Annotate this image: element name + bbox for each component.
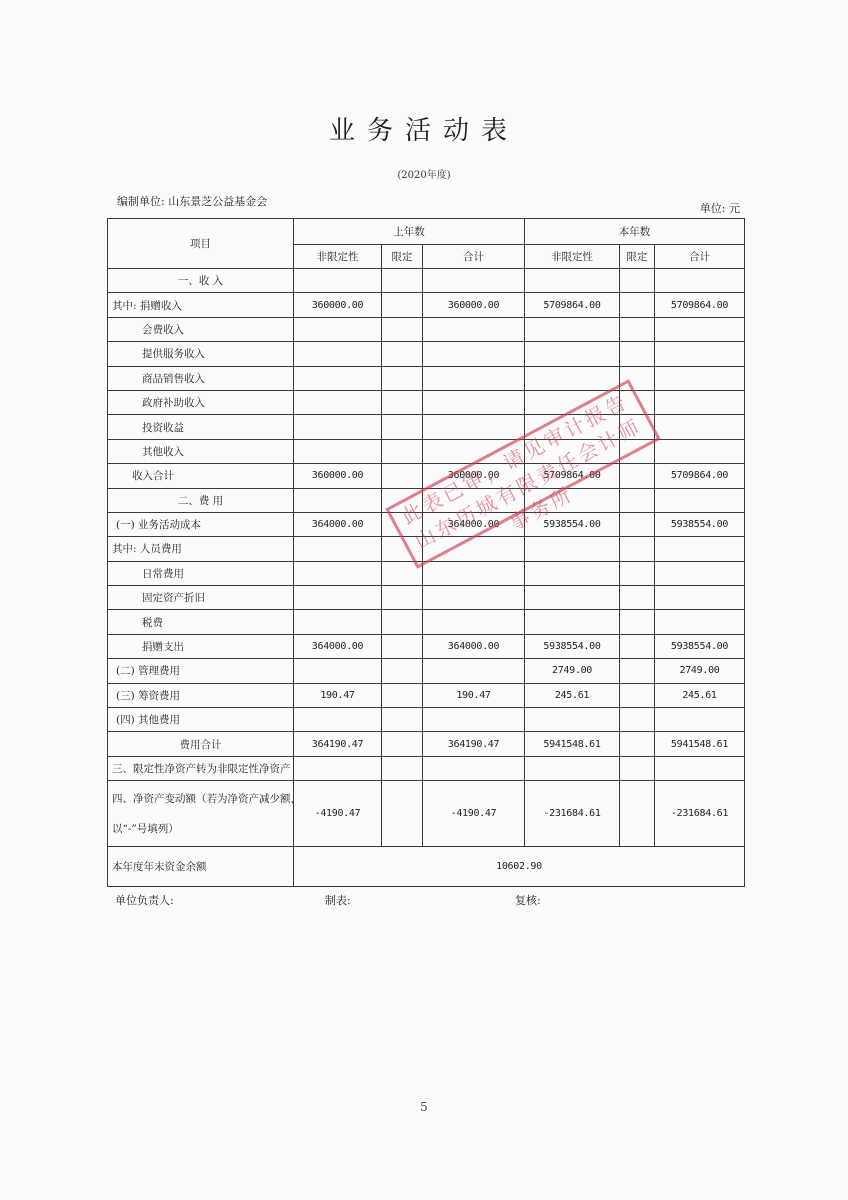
- cell-current-restricted: [620, 586, 655, 610]
- cell-current-restricted: [620, 366, 655, 390]
- cell-prior-unrestricted: 360000.00: [294, 464, 382, 488]
- cell-prior-restricted: [382, 708, 423, 732]
- cell-current-restricted: [620, 756, 655, 780]
- table-row: 税费: [108, 610, 745, 634]
- cell-prior-total: 190.47: [423, 683, 525, 707]
- cell-prior-total: [423, 390, 525, 414]
- cell-current-unrestricted: [525, 561, 620, 585]
- cell-current-unrestricted: 5941548.61: [525, 732, 620, 756]
- cell-prior-unrestricted: [294, 659, 382, 683]
- cell-current-restricted: [620, 634, 655, 658]
- table-body: 一、收 入其中: 捐赠收入360000.00360000.005709864.0…: [108, 269, 745, 781]
- cell-current-restricted: [620, 683, 655, 707]
- row-label: (四) 其他费用: [108, 708, 294, 732]
- cell-current-total: 5709864.00: [655, 464, 745, 488]
- cell-prior-total: [423, 610, 525, 634]
- cell-prior-total: 364000.00: [423, 634, 525, 658]
- cell-prior-total: [423, 586, 525, 610]
- cell-prior-restricted: [382, 586, 423, 610]
- organization-label: 编制单位: 山东景芝公益基金会: [117, 193, 267, 209]
- cell-prior-restricted: [382, 561, 423, 585]
- header-current-year: 本年数: [525, 219, 745, 245]
- cell-current-restricted: [620, 488, 655, 512]
- signature-responsible: 单位负责人:: [115, 892, 174, 908]
- cell-current-total: 245.61: [655, 683, 745, 707]
- cell-current-restricted: [620, 342, 655, 366]
- cell-prior-unrestricted: [294, 366, 382, 390]
- table-row: (四) 其他费用: [108, 708, 745, 732]
- cell-prior-unrestricted: [294, 342, 382, 366]
- header-item: 项目: [108, 219, 294, 269]
- row-label-line1: 四、净资产变动额（若为净资产减少额，: [112, 784, 289, 814]
- row-label: 提供服务收入: [108, 342, 294, 366]
- table-row: 其中: 捐赠收入360000.00360000.005709864.005709…: [108, 293, 745, 317]
- cell-current-total: 2749.00: [655, 659, 745, 683]
- header-current-unrestricted: 非限定性: [525, 245, 620, 269]
- table-row: 会费收入: [108, 317, 745, 341]
- cell-prior-total: [423, 708, 525, 732]
- report-year: (2020年度): [0, 166, 848, 181]
- cell-current-unrestricted: [525, 390, 620, 414]
- cell-prior-restricted: [382, 537, 423, 561]
- cell-current-unrestricted: [525, 756, 620, 780]
- table-row: (三) 筹资费用190.47190.47245.61245.61: [108, 683, 745, 707]
- cell-current-restricted: [620, 732, 655, 756]
- cell-current-restricted: [620, 439, 655, 463]
- cell-current-unrestricted: [525, 586, 620, 610]
- cell-current-total: [655, 488, 745, 512]
- row-label: 捐赠支出: [108, 634, 294, 658]
- table-row: 日常费用: [108, 561, 745, 585]
- cell-prior-restricted: [382, 464, 423, 488]
- header-current-restricted: 限定: [620, 245, 655, 269]
- table-row: 其他收入: [108, 439, 745, 463]
- cell-current-total: 5938554.00: [655, 512, 745, 536]
- cell-prior-restricted: [382, 512, 423, 536]
- cell-current-restricted: [620, 293, 655, 317]
- cell-prior-unrestricted: [294, 488, 382, 512]
- table-row: 费用合计364190.47364190.475941548.615941548.…: [108, 732, 745, 756]
- cell-current-total: 5709864.00: [655, 293, 745, 317]
- table-row: 收入合计360000.00360000.005709864.005709864.…: [108, 464, 745, 488]
- cell-current-restricted: [620, 561, 655, 585]
- cell-current-total: [655, 561, 745, 585]
- cell-current-total: [655, 390, 745, 414]
- page-number: 5: [0, 1100, 848, 1114]
- cell-prior-unrestricted: 364190.47: [294, 732, 382, 756]
- cell-prior-total: [423, 415, 525, 439]
- cell-prior-total: 364000.00: [423, 512, 525, 536]
- cell-prior-total: [423, 561, 525, 585]
- cell-prior-restricted: [382, 415, 423, 439]
- cell-current-restricted: [620, 708, 655, 732]
- cell-current-unrestricted: [525, 269, 620, 293]
- cell-current-unrestricted: [525, 537, 620, 561]
- cell-current-unrestricted: 2749.00: [525, 659, 620, 683]
- table-row: 二、费 用: [108, 488, 745, 512]
- cell-current-total: 5938554.00: [655, 634, 745, 658]
- cell-prior-restricted: [382, 659, 423, 683]
- cell-prior-total: -4190.47: [423, 781, 525, 847]
- cell-current-total: [655, 269, 745, 293]
- cell-current-unrestricted: -231684.61: [525, 781, 620, 847]
- row-label: 一、收 入: [108, 269, 294, 293]
- cell-current-unrestricted: 5709864.00: [525, 464, 620, 488]
- cell-current-total: [655, 317, 745, 341]
- cell-prior-unrestricted: 364000.00: [294, 512, 382, 536]
- table-row: 政府补助收入: [108, 390, 745, 414]
- cell-prior-total: 360000.00: [423, 464, 525, 488]
- cell-current-restricted: [620, 464, 655, 488]
- table-row: (二) 管理费用2749.002749.00: [108, 659, 745, 683]
- cell-prior-restricted: [382, 342, 423, 366]
- row-label: 商品销售收入: [108, 366, 294, 390]
- table-row: 三、限定性净资产转为非限定性净资产: [108, 756, 745, 780]
- cell-prior-total: [423, 342, 525, 366]
- cell-current-restricted: [620, 537, 655, 561]
- cell-current-total: [655, 415, 745, 439]
- cell-prior-unrestricted: 190.47: [294, 683, 382, 707]
- table-row: 捐赠支出364000.00364000.005938554.005938554.…: [108, 634, 745, 658]
- cell-prior-total: [423, 317, 525, 341]
- table-row: 商品销售收入: [108, 366, 745, 390]
- cell-current-unrestricted: [525, 342, 620, 366]
- cell-current-unrestricted: 5709864.00: [525, 293, 620, 317]
- cell-prior-unrestricted: -4190.47: [294, 781, 382, 847]
- cell-current-total: 5941548.61: [655, 732, 745, 756]
- signature-reviewer: 复核:: [515, 892, 541, 908]
- row-label-line2: 以“-”号填列）: [112, 814, 289, 844]
- cell-prior-restricted: [382, 269, 423, 293]
- table-row: 投资收益: [108, 415, 745, 439]
- row-label: 三、限定性净资产转为非限定性净资产: [108, 756, 294, 780]
- cell-prior-total: [423, 269, 525, 293]
- cell-current-total: [655, 366, 745, 390]
- row-label: (三) 筹资费用: [108, 683, 294, 707]
- cell-prior-restricted: [382, 610, 423, 634]
- row-label: 四、净资产变动额（若为净资产减少额， 以“-”号填列）: [108, 781, 294, 847]
- table-row: 固定资产折旧: [108, 586, 745, 610]
- cell-prior-unrestricted: [294, 317, 382, 341]
- cell-prior-restricted: [382, 366, 423, 390]
- row-label: 收入合计: [108, 464, 294, 488]
- cell-prior-total: 360000.00: [423, 293, 525, 317]
- signature-preparer: 制表:: [325, 892, 351, 908]
- table-row: 一、收 入: [108, 269, 745, 293]
- cell-prior-restricted: [382, 293, 423, 317]
- cell-current-restricted: [620, 781, 655, 847]
- row-label: 本年度年末资金余额: [108, 847, 294, 887]
- cell-prior-total: 364190.47: [423, 732, 525, 756]
- cell-current-total: [655, 439, 745, 463]
- cell-current-total: [655, 537, 745, 561]
- cell-current-unrestricted: 5938554.00: [525, 512, 620, 536]
- row-label: (二) 管理费用: [108, 659, 294, 683]
- cell-prior-unrestricted: [294, 269, 382, 293]
- currency-unit-label: 单位: 元: [700, 200, 740, 216]
- cell-prior-unrestricted: [294, 439, 382, 463]
- cell-current-total: [655, 708, 745, 732]
- cell-current-unrestricted: 5938554.00: [525, 634, 620, 658]
- cell-current-unrestricted: [525, 488, 620, 512]
- cell-current-total: -231684.61: [655, 781, 745, 847]
- cell-prior-total: [423, 659, 525, 683]
- table-row: (一) 业务活动成本364000.00364000.005938554.0059…: [108, 512, 745, 536]
- cell-prior-restricted: [382, 683, 423, 707]
- cell-prior-restricted: [382, 732, 423, 756]
- cell-current-restricted: [620, 512, 655, 536]
- cell-prior-total: [423, 537, 525, 561]
- table-row: 其中: 人员费用: [108, 537, 745, 561]
- row-label: 其他收入: [108, 439, 294, 463]
- table-row: 提供服务收入: [108, 342, 745, 366]
- cell-prior-restricted: [382, 781, 423, 847]
- row-label: 政府补助收入: [108, 390, 294, 414]
- cell-current-unrestricted: [525, 415, 620, 439]
- cell-prior-unrestricted: [294, 586, 382, 610]
- cell-prior-unrestricted: [294, 390, 382, 414]
- cell-prior-total: [423, 488, 525, 512]
- cell-prior-unrestricted: [294, 756, 382, 780]
- header-current-total: 合计: [655, 245, 745, 269]
- cell-prior-restricted: [382, 439, 423, 463]
- row-label: 其中: 捐赠收入: [108, 293, 294, 317]
- row-label: 固定资产折旧: [108, 586, 294, 610]
- table-row-year-end-balance: 本年度年末资金余额 10602.90: [108, 847, 745, 887]
- cell-current-restricted: [620, 659, 655, 683]
- cell-current-restricted: [620, 390, 655, 414]
- cell-prior-total: [423, 756, 525, 780]
- row-label: 会费收入: [108, 317, 294, 341]
- year-end-balance-value: 10602.90: [294, 847, 745, 887]
- cell-current-unrestricted: 245.61: [525, 683, 620, 707]
- cell-prior-unrestricted: [294, 610, 382, 634]
- cell-current-unrestricted: [525, 366, 620, 390]
- cell-prior-restricted: [382, 317, 423, 341]
- cell-current-restricted: [620, 610, 655, 634]
- cell-current-unrestricted: [525, 317, 620, 341]
- cell-prior-unrestricted: [294, 561, 382, 585]
- row-label: 投资收益: [108, 415, 294, 439]
- row-label: 二、费 用: [108, 488, 294, 512]
- cell-prior-unrestricted: 360000.00: [294, 293, 382, 317]
- cell-prior-restricted: [382, 634, 423, 658]
- header-prior-unrestricted: 非限定性: [294, 245, 382, 269]
- report-title: 业务活动表: [0, 110, 848, 147]
- cell-prior-unrestricted: 364000.00: [294, 634, 382, 658]
- cell-prior-restricted: [382, 488, 423, 512]
- cell-current-unrestricted: [525, 439, 620, 463]
- row-label: 税费: [108, 610, 294, 634]
- cell-prior-restricted: [382, 390, 423, 414]
- header-prior-restricted: 限定: [382, 245, 423, 269]
- cell-prior-unrestricted: [294, 537, 382, 561]
- table-row-net-change: 四、净资产变动额（若为净资产减少额， 以“-”号填列） -4190.47 -41…: [108, 781, 745, 847]
- cell-prior-unrestricted: [294, 708, 382, 732]
- header-prior-year: 上年数: [294, 219, 525, 245]
- cell-prior-total: [423, 439, 525, 463]
- cell-current-restricted: [620, 269, 655, 293]
- cell-current-total: [655, 586, 745, 610]
- row-label: (一) 业务活动成本: [108, 512, 294, 536]
- cell-prior-unrestricted: [294, 415, 382, 439]
- header-prior-total: 合计: [423, 245, 525, 269]
- cell-current-restricted: [620, 415, 655, 439]
- cell-current-total: [655, 610, 745, 634]
- row-label: 日常费用: [108, 561, 294, 585]
- row-label: 费用合计: [108, 732, 294, 756]
- cell-current-total: [655, 756, 745, 780]
- cell-current-unrestricted: [525, 708, 620, 732]
- activity-statement-table: 项目 上年数 本年数 非限定性 限定 合计 非限定性 限定 合计 一、收 入其中…: [107, 218, 745, 887]
- row-label: 其中: 人员费用: [108, 537, 294, 561]
- cell-prior-total: [423, 366, 525, 390]
- cell-current-total: [655, 342, 745, 366]
- cell-prior-restricted: [382, 756, 423, 780]
- cell-current-restricted: [620, 317, 655, 341]
- cell-current-unrestricted: [525, 610, 620, 634]
